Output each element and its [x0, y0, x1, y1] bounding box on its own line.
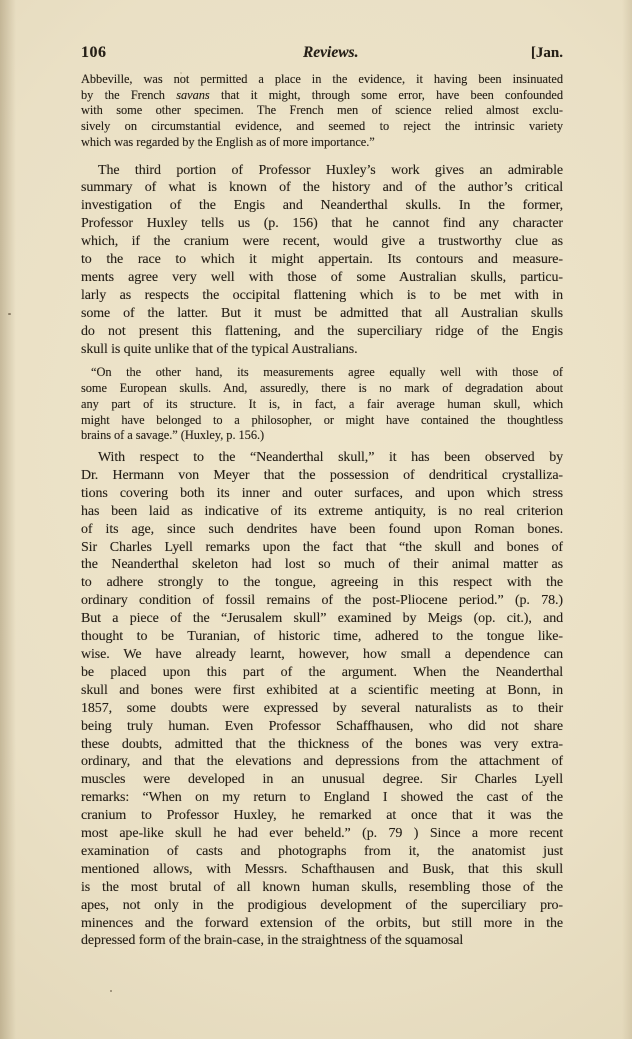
- text-line: larly as respects the occipital flatteni…: [81, 287, 563, 305]
- text-line: Sir Charles Lyell remarks upon the fact …: [81, 539, 563, 557]
- text-line: be placed upon this part of the argument…: [81, 664, 563, 682]
- text-line: With respect to the “Neanderthal skull,”…: [81, 449, 563, 467]
- text-line: do not present this flattening, and the …: [81, 323, 563, 341]
- text-line: apes, not only in the prodigious develop…: [81, 897, 563, 915]
- text-line: thought to be Turanian, of historic time…: [81, 628, 563, 646]
- running-title: Reviews.: [303, 44, 359, 62]
- text-line: summary of what is known of the history …: [81, 179, 563, 197]
- text-line: investigation of the Engis and Neanderth…: [81, 197, 563, 215]
- text-line: tions covering both its inner and outer …: [81, 485, 563, 503]
- text-line: The third portion of Professor Huxley’s …: [81, 162, 563, 180]
- body-paragraph-third-portion: The third portion of Professor Huxley’s …: [81, 162, 563, 359]
- text-line: of its age, since such dendrites have be…: [81, 521, 563, 539]
- text-block: 106 Reviews. [Jan. Abbeville, was not pe…: [81, 44, 563, 957]
- quoted-extract-huxley: “On the other hand, its measurements agr…: [81, 365, 563, 444]
- text-line: being truly human. Even Professor Schaff…: [81, 718, 563, 736]
- text-line: remarks: “When on my return to England I…: [81, 789, 563, 807]
- quoted-extract-continuation: Abbeville, was not permitted a place in …: [81, 72, 563, 151]
- scanned-book-page: 106 Reviews. [Jan. Abbeville, was not pe…: [0, 0, 632, 1039]
- text-line: brains of a savage.” (Huxley, p. 156.): [81, 428, 563, 444]
- text-line: these doubts, admitted that the thicknes…: [81, 736, 563, 754]
- text-line: sively on circumstantial evidence, and s…: [81, 119, 563, 135]
- text-line: depressed form of the brain-case, in the…: [81, 932, 563, 950]
- text-line: which was regarded by the English as of …: [81, 135, 563, 151]
- text-line: ments agree very well with those of some…: [81, 269, 563, 287]
- text-line: most ape-like skull he had ever beheld.”…: [81, 825, 563, 843]
- text-line: with some other specimen. The French men…: [81, 103, 563, 119]
- text-line: ordinary, and that the elevations and de…: [81, 753, 563, 771]
- text-line: which, if the cranium were recent, would…: [81, 233, 563, 251]
- text-line: skull is quite unlike that of the typica…: [81, 341, 563, 359]
- text-line: has been laid as indicative of its extre…: [81, 503, 563, 521]
- text-line: is the most brutal of all known human sk…: [81, 879, 563, 897]
- text-line: by the French savans that it might, thro…: [81, 88, 563, 104]
- page-edge-shading: [622, 0, 632, 1039]
- text-line: 1857, some doubts were expressed by seve…: [81, 700, 563, 718]
- text-line: cranium to Professor Huxley, he remarked…: [81, 807, 563, 825]
- text-line: Dr. Hermann von Meyer that the possessio…: [81, 467, 563, 485]
- text-line: some of the latter. But it must be admit…: [81, 305, 563, 323]
- text-line: muscles were developed in an unusual deg…: [81, 771, 563, 789]
- body-paragraph-neanderthal: With respect to the “Neanderthal skull,”…: [81, 449, 563, 950]
- text-line: But a piece of the “Jerusalem skull” exa…: [81, 610, 563, 628]
- text-line: Abbeville, was not permitted a place in …: [81, 72, 563, 88]
- text-line: any part of its structure. It is, in fac…: [81, 397, 563, 413]
- page-number: 106: [81, 44, 107, 62]
- text-line: minences and the forward extension of th…: [81, 915, 563, 933]
- page-gutter-shading: [0, 0, 16, 1039]
- text-line: the Neanderthal skeleton had lost so muc…: [81, 556, 563, 574]
- running-head: 106 Reviews. [Jan.: [81, 44, 563, 62]
- text-line: mentioned allows, with Messrs. Schafthau…: [81, 861, 563, 879]
- text-line: “On the other hand, its measurements agr…: [81, 365, 563, 381]
- issue-label: [Jan.: [531, 45, 563, 62]
- ink-speck: [8, 313, 11, 315]
- text-line: skull and bones were first exhibited at …: [81, 682, 563, 700]
- text-line: examination of casts and photographs fro…: [81, 843, 563, 861]
- text-line: to adhere strongly to the tongue, agreei…: [81, 574, 563, 592]
- text-line: some European skulls. And, assuredly, th…: [81, 381, 563, 397]
- text-line: to the race to which it might appertain.…: [81, 251, 563, 269]
- ink-speck: [110, 990, 112, 992]
- text-line: wise. We have already learnt, however, h…: [81, 646, 563, 664]
- text-line: ordinary condition of fossil remains of …: [81, 592, 563, 610]
- text-line: might have belonged to a philosopher, or…: [81, 413, 563, 429]
- text-line: Professor Huxley tells us (p. 156) that …: [81, 215, 563, 233]
